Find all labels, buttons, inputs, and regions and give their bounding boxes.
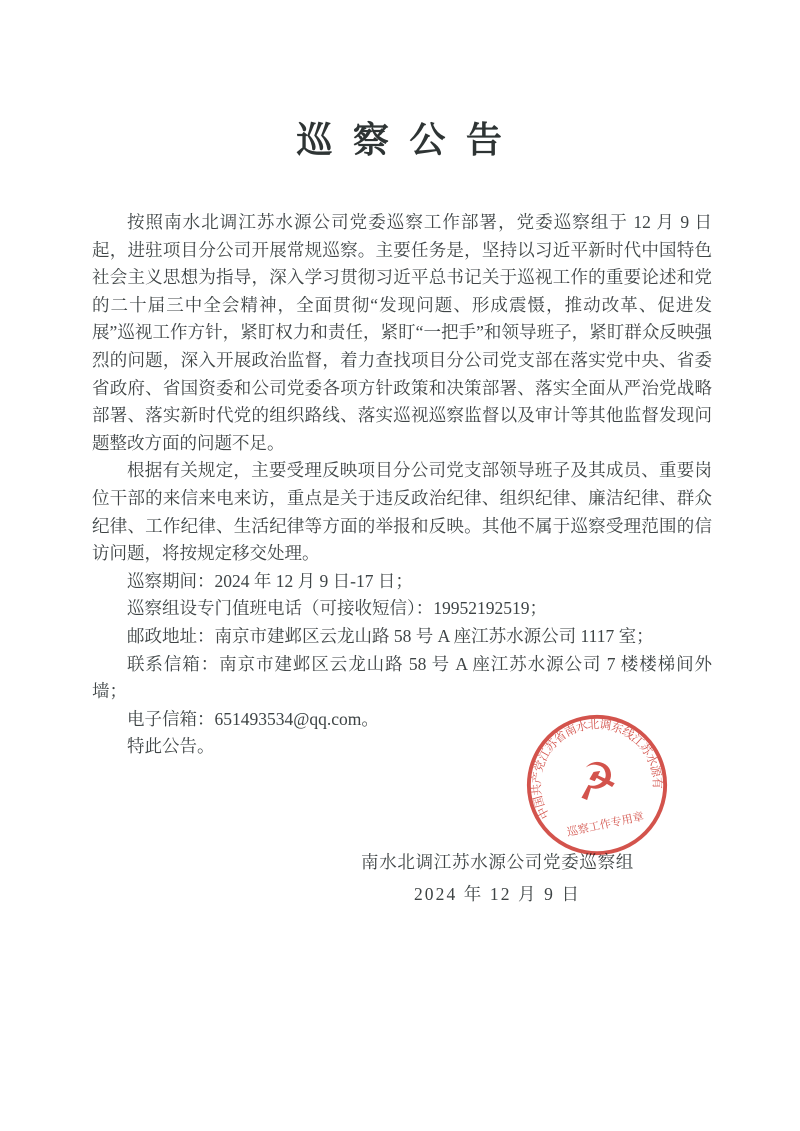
document-content: 巡 察 公 告 按照南水北调江苏水源公司党委巡察工作部署，党委巡察组于 12 月… <box>0 0 800 909</box>
info-line-contact-mailbox: 联系信箱：南京市建邺区云龙山路 58 号 A 座江苏水源公司 7 楼楼梯间外墙； <box>92 651 712 706</box>
page-title: 巡 察 公 告 <box>92 0 712 163</box>
document-body: 按照南水北调江苏水源公司党委巡察工作部署，党委巡察组于 12 月 9 日起，进驻… <box>92 209 712 761</box>
info-line-postal-address: 邮政地址：南京市建邺区云龙山路 58 号 A 座江苏水源公司 1117 室； <box>92 623 712 651</box>
signature-block: 南水北调江苏水源公司党委巡察组 2024 年 12 月 9 日 <box>92 849 712 909</box>
paragraph-main-tasks: 按照南水北调江苏水源公司党委巡察工作部署，党委巡察组于 12 月 9 日起，进驻… <box>92 209 712 457</box>
info-line-closing: 特此公告。 <box>92 733 712 761</box>
signature-org: 南水北调江苏水源公司党委巡察组 <box>361 849 634 877</box>
info-line-email: 电子信箱：651493534@qq.com。 <box>92 706 712 734</box>
paragraph-acceptance-scope: 根据有关规定，主要受理反映项目分公司党支部领导班子及其成员、重要岗位干部的来信来… <box>92 457 712 567</box>
signature-date: 2024 年 12 月 9 日 <box>361 881 634 909</box>
notice-document-page: 巡 察 公 告 按照南水北调江苏水源公司党委巡察工作部署，党委巡察组于 12 月… <box>0 0 800 1131</box>
info-line-duty-phone: 巡察组设专门值班电话（可接收短信）：19952192519； <box>92 595 712 623</box>
info-line-inspection-period: 巡察期间：2024 年 12 月 9 日-17 日； <box>92 568 712 596</box>
